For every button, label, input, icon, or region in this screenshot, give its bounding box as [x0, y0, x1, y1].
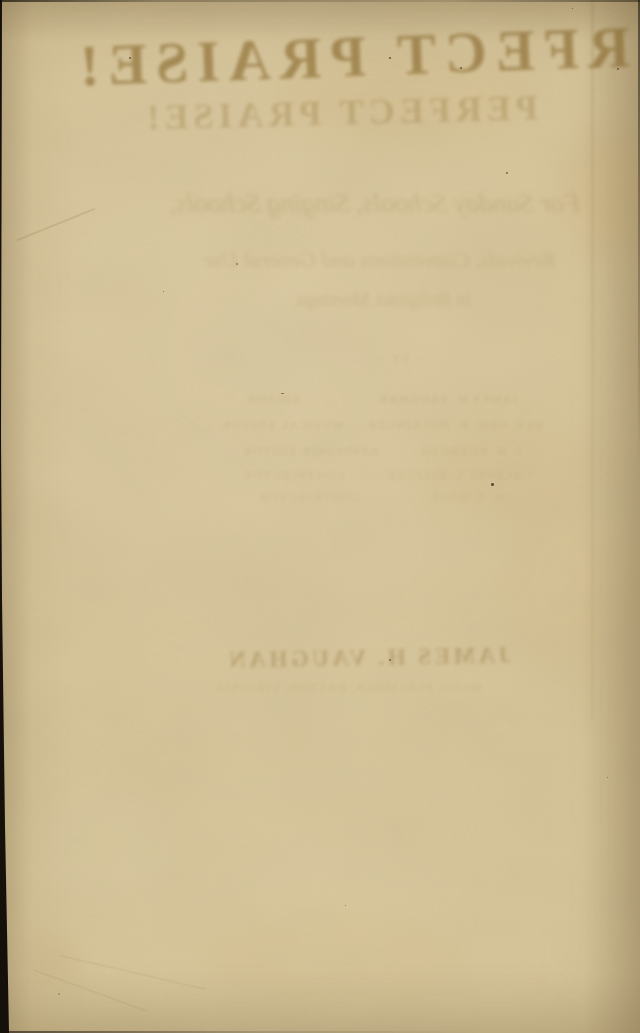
scan-edge-top — [0, 0, 640, 2]
page-crease — [591, 0, 594, 720]
scanned-book-page: PERFECT PRAISE! PERFECT PRAISE! For Sund… — [0, 0, 640, 1033]
paper-surface — [0, 0, 640, 1033]
